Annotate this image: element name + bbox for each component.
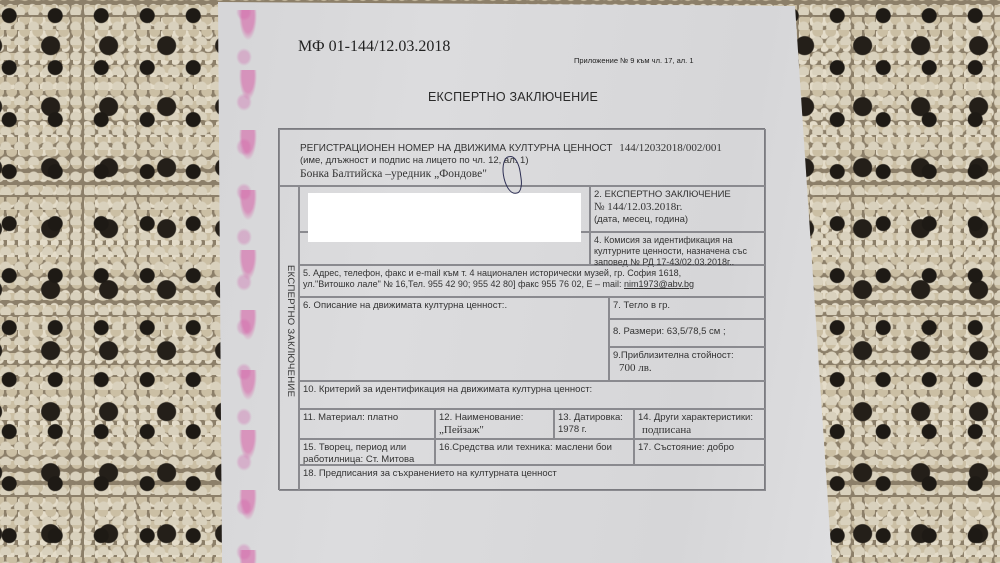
field-9: 9.Приблизителна стойност: 700 лв. — [609, 347, 766, 381]
person-value: Бонка Балтийска –уредник „Фондове" — [300, 167, 765, 181]
field-15: 15. Творец, период или работилница: Ст. … — [299, 439, 435, 465]
field-4: 4. Комисия за идентификация на културнит… — [590, 232, 766, 265]
field-13: 13. Датировка: 1978 г. — [554, 409, 634, 439]
field-16: 16.Средства или техника: маслени бои — [435, 439, 634, 465]
field-18: 18. Предписания за съхранението на култу… — [299, 465, 766, 491]
field-7: 7. Тегло в гр. — [609, 297, 766, 319]
field-6: 6. Описание на движимата културна ценнос… — [299, 297, 609, 381]
field-5: 5. Адрес, телефон, факс и e-mail към т. … — [299, 265, 766, 297]
field-10: 10. Критерий за идентификация на движима… — [299, 381, 766, 409]
redaction-box — [308, 193, 581, 242]
document-code: МФ 01-144/12.03.2018 — [298, 38, 450, 56]
person-label: (име, длъжност и подпис на лицето по чл.… — [300, 155, 765, 167]
registration-cell: РЕГИСТРАЦИОНЕН НОМЕР НА ДВИЖИМА КУЛТУРНА… — [279, 129, 766, 186]
registration-label: РЕГИСТРАЦИОНЕН НОМЕР НА ДВИЖИМА КУЛТУРНА… — [300, 143, 612, 154]
field-17: 17. Състояние: добро — [634, 439, 766, 465]
email-link[interactable]: nim1973@abv.bg — [624, 279, 694, 289]
field-8: 8. Размери: 63,5/78,5 см ; — [609, 319, 766, 347]
field-12: 12. Наименование: „Пейзаж" — [435, 409, 554, 439]
field-11: 11. Материал: платно — [299, 409, 435, 439]
registration-number: 144/12032018/002/001 — [619, 142, 722, 154]
field-14: 14. Други характеристики: подписана — [634, 409, 766, 439]
document-title: ЕКСПЕРТНО ЗАКЛЮЧЕНИЕ — [428, 90, 598, 104]
field-2: 2. ЕКСПЕРТНО ЗАКЛЮЧЕНИЕ № 144/12.03.2018… — [590, 186, 766, 232]
annex-reference: Приложение № 9 към чл. 17, ал. 1 — [574, 56, 694, 65]
pink-stamp-marks — [228, 10, 268, 563]
side-vertical-label: ЕКСПЕРТНО ЗАКЛЮЧЕНИЕ — [282, 265, 296, 415]
